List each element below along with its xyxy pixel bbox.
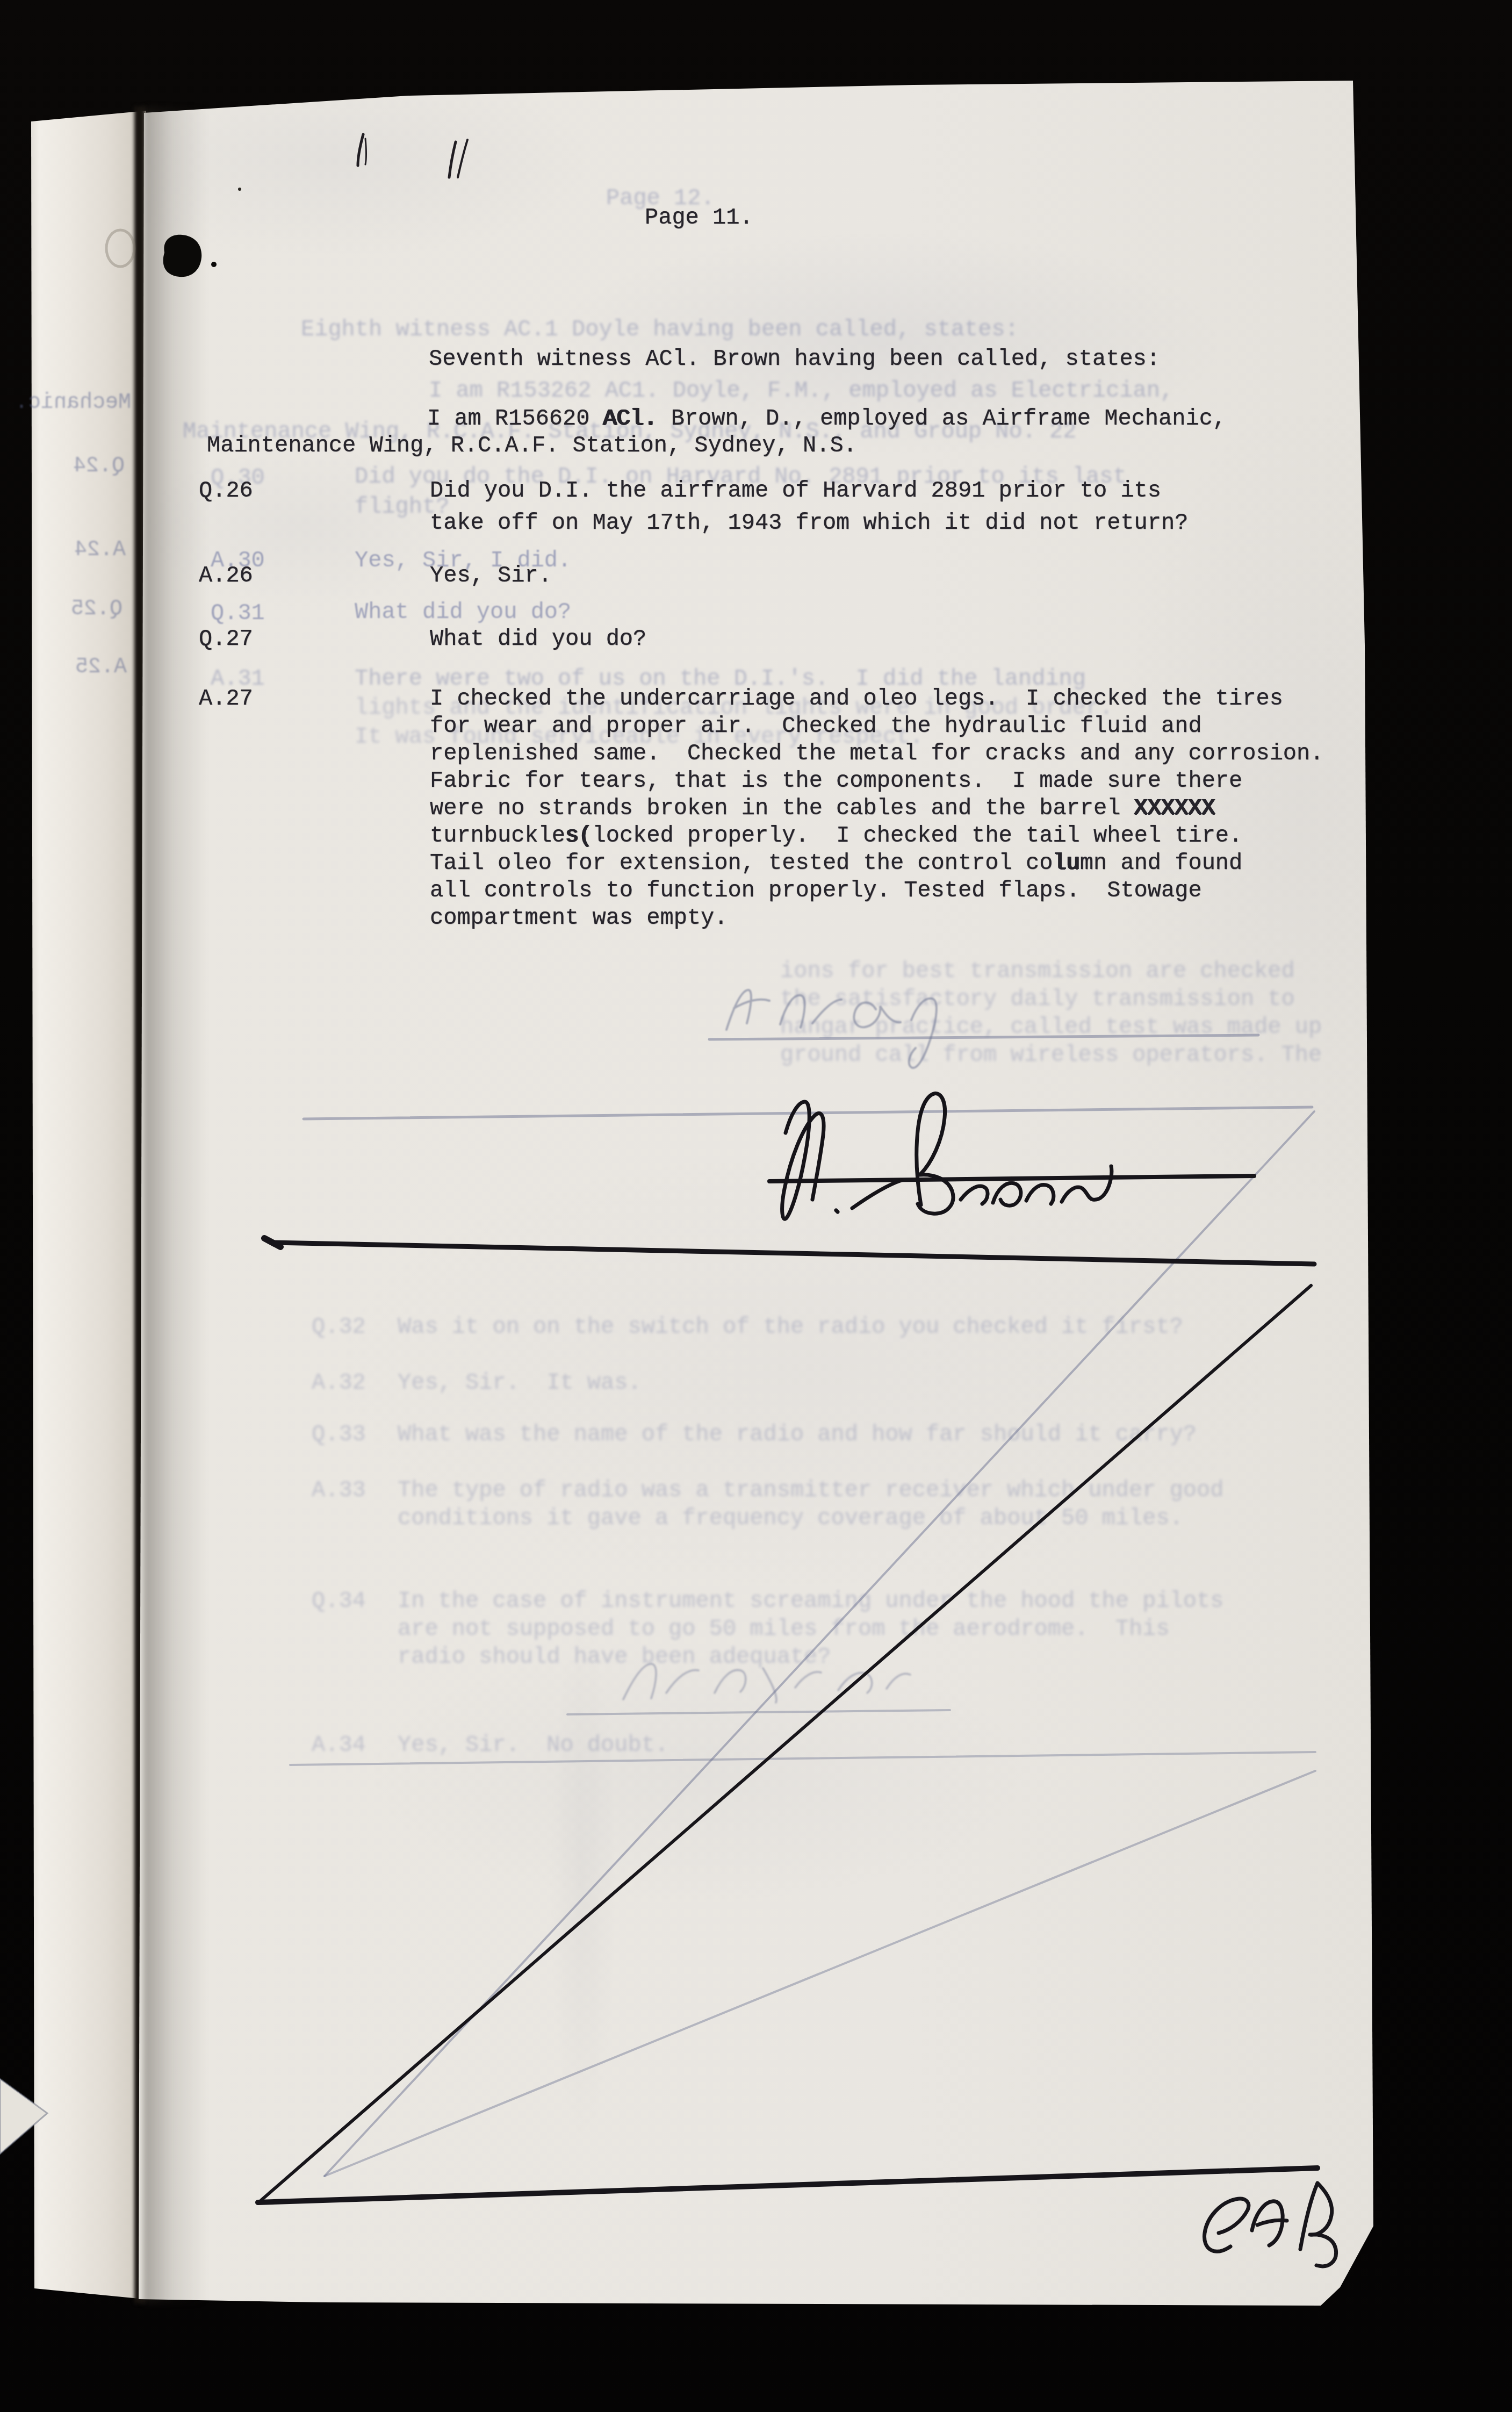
brown-signature-underline bbox=[769, 1176, 1254, 1181]
pencil-horizontal-line bbox=[290, 1752, 1315, 1765]
faint-signature-rule-doyle bbox=[709, 1035, 1258, 1039]
ink-strike-lines bbox=[258, 1176, 1317, 2202]
lower-ghost-handwriting bbox=[623, 1664, 910, 1703]
ink-strike-line-top bbox=[271, 1243, 1314, 1264]
pencil-lines bbox=[290, 1035, 1315, 2176]
scanned-document-photo: Mechanic. Q.24 A.24 Q.25 A.25 Page 12. E… bbox=[0, 0, 1512, 2412]
ink-strike-line-bottom bbox=[258, 2168, 1317, 2202]
gapb-initials: GAPB bbox=[1205, 2183, 1336, 2266]
doyle-ghost-signature: F. M. Doyle bbox=[726, 990, 937, 1068]
annotations-overlay: F. M. Doyle W. Brown GAPB bbox=[0, 0, 1512, 2412]
pen-flick-marks bbox=[358, 134, 467, 177]
corner-wedge bbox=[0, 2079, 47, 2154]
punch-hole bbox=[106, 188, 241, 277]
ink-strike-line-diagonal bbox=[261, 1286, 1311, 2200]
pencil-diagonal-right bbox=[325, 1771, 1315, 2176]
embossed-hole-mark bbox=[106, 230, 134, 267]
faint-signature-rule-lower bbox=[567, 1710, 950, 1714]
